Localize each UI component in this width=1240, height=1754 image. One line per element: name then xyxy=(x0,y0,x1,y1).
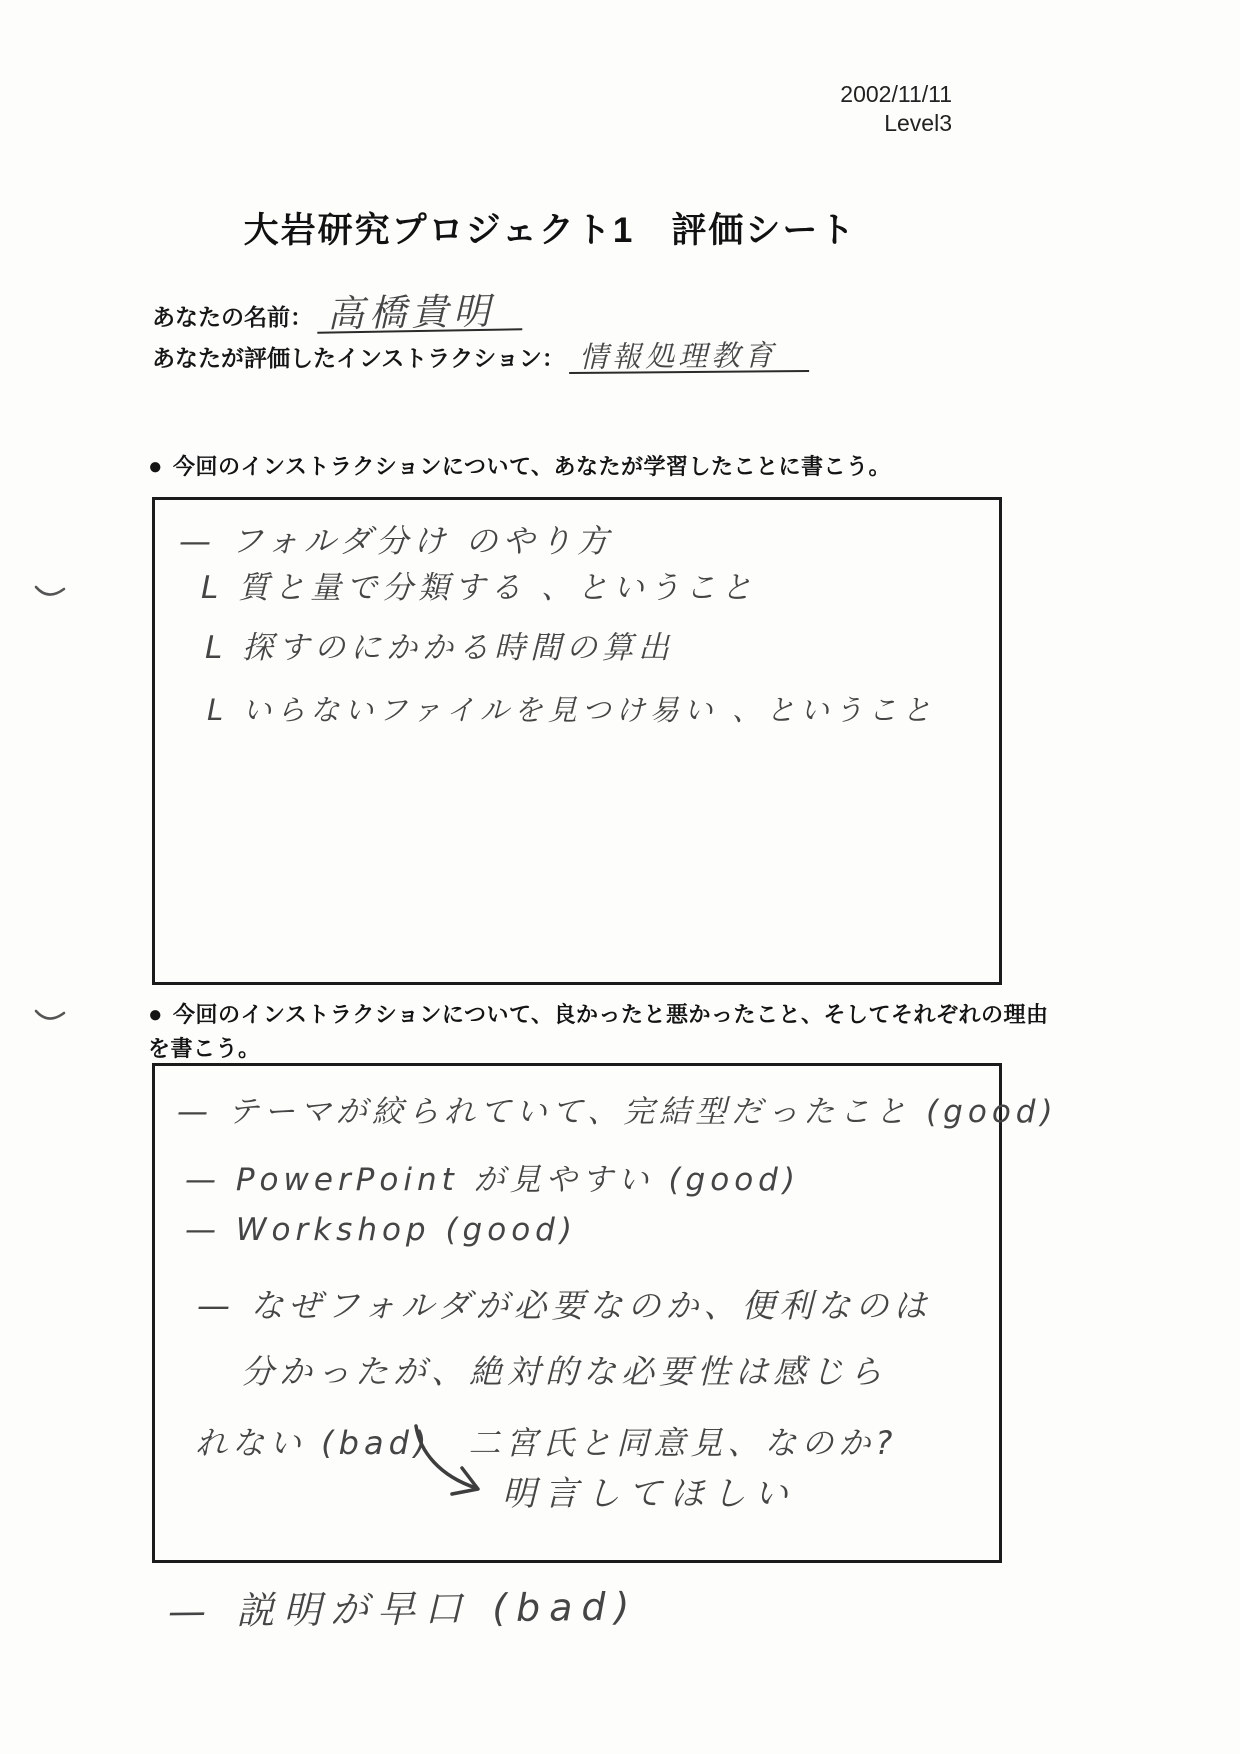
pen-stroke-mark xyxy=(33,1006,67,1026)
section1-prompt-text: 今回のインストラクションについて、あなたが学習したことに書こう。 xyxy=(173,454,891,479)
scanned-evaluation-sheet: 2002/11/11 Level3 大岩研究プロジェクト1 評価シート あなたの… xyxy=(0,0,1240,1754)
handwritten-line: L 質と量で分類する 、ということ xyxy=(201,562,757,607)
section2-prompt-text-line1: 今回のインストラクションについて、良かったと悪かったこと、そしてそれぞれの理由 xyxy=(173,1002,1049,1027)
handwritten-line: — なぜフォルダが必要なのか、便利なのは xyxy=(197,1280,932,1327)
section1-answer-box: — フォルダ分け のやり方 L 質と量で分類する 、ということ L 探すのにかか… xyxy=(152,497,1002,985)
name-label: あなたの名前： xyxy=(152,304,313,330)
level-text: Level3 xyxy=(840,109,952,138)
arrow-icon xyxy=(410,1424,500,1508)
name-handwritten-value: 高橋貴明 xyxy=(317,294,523,334)
handwritten-line: — フォルダ分け のやり方 xyxy=(179,516,613,562)
page-title: 大岩研究プロジェクト1 評価シート xyxy=(0,203,1100,253)
instruction-field-row: あなたが評価したインストラクション：情報処理教育 xyxy=(152,340,809,373)
handwritten-line: — テーマが絞られていて、完結型だったこと (good) xyxy=(177,1086,1058,1131)
handwritten-line: 分かったが、絶対的な必要性は感じら xyxy=(241,1346,887,1393)
section2-answer-box: — テーマが絞られていて、完結型だったこと (good) — PowerPoin… xyxy=(152,1063,1002,1563)
instruction-handwritten-value: 情報処理教育 xyxy=(569,340,809,374)
bullet-icon: ● xyxy=(148,453,163,480)
footer-handwritten-note: — 説明が早口 (bad) xyxy=(168,1576,639,1636)
name-field-row: あなたの名前：高橋貴明 xyxy=(152,296,522,332)
section2-prompt: ●今回のインストラクションについて、良かったと悪かったこと、そしてそれぞれの理由… xyxy=(148,998,1158,1066)
instruction-label: あなたが評価したインストラクション： xyxy=(152,345,565,371)
handwritten-line: — PowerPoint が見やすい (good) xyxy=(185,1154,800,1199)
handwritten-line: L いらないファイルを見つけ易い 、ということ xyxy=(207,688,936,729)
date-text: 2002/11/11 xyxy=(840,80,952,109)
handwritten-line: — Workshop (good) xyxy=(185,1212,577,1248)
arrow-note-text: 明言してほしい xyxy=(502,1466,796,1515)
date-level-block: 2002/11/11 Level3 xyxy=(840,80,952,138)
section1-prompt: ●今回のインストラクションについて、あなたが学習したことに書こう。 xyxy=(148,450,891,481)
pen-stroke-mark xyxy=(33,582,67,602)
section2-prompt-text-line2: を書こう。 xyxy=(148,1036,261,1061)
arrow-annotation-group: 明言してほしい xyxy=(410,1424,500,1508)
handwritten-line: れない (bad) 二宮氏と同意見、なのか? xyxy=(195,1418,897,1464)
handwritten-line: L 探すのにかかる時間の算出 xyxy=(205,622,674,667)
bullet-icon: ● xyxy=(148,1001,163,1028)
